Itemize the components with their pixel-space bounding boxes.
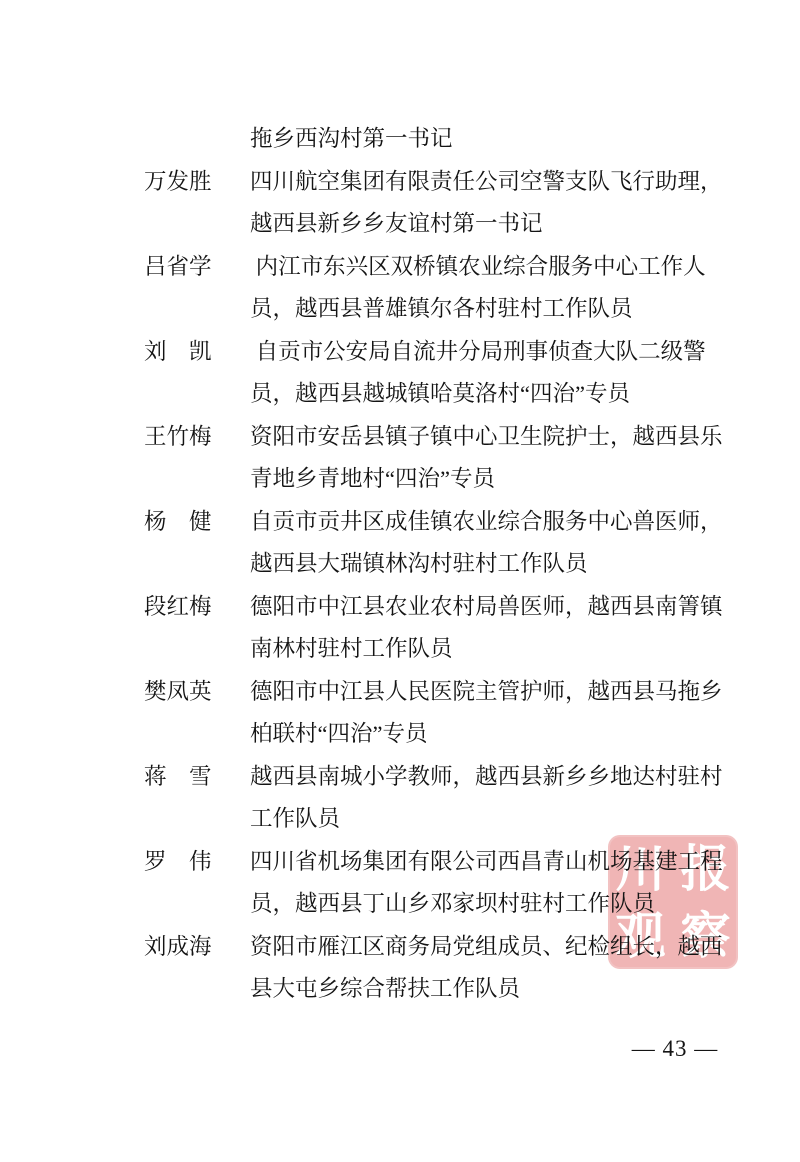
list-item: 万发胜 四川航空集团有限责任公司空警支队飞行助理， 越西县新乡乡友谊村第一书记: [144, 161, 720, 246]
description-line: 德阳市中江县人民医院主管护师，越西县马拖乡: [250, 671, 720, 714]
person-name: 刘成海: [144, 926, 250, 1011]
person-name: 罗 伟: [144, 841, 250, 926]
list-item: 樊凤英 德阳市中江县人民医院主管护师，越西县马拖乡 柏联村“四治”专员: [144, 671, 720, 756]
person-description: 拖乡西沟村第一书记: [250, 118, 720, 161]
description-line: 资阳市雁江区商务局党组成员、纪检组长，越西: [250, 926, 720, 969]
person-description: 内江市东兴区双桥镇农业综合服务中心工作人 员，越西县普雄镇尔各村驻村工作队员: [250, 246, 720, 331]
description-line: 自贡市贡井区成佳镇农业综合服务中心兽医师，: [250, 501, 720, 544]
person-description: 四川省机场集团有限公司西昌青山机场基建工程 员，越西县丁山乡邓家坝村驻村工作队员: [250, 841, 720, 926]
person-description: 资阳市雁江区商务局党组成员、纪检组长，越西 县大屯乡综合帮扶工作队员: [250, 926, 720, 1011]
description-line: 四川航空集团有限责任公司空警支队飞行助理，: [250, 161, 720, 204]
document-page: 川 报 观 察 拖乡西沟村第一书记 万发胜 四川航空集团有限责任公司空警支队飞行…: [0, 0, 800, 1162]
description-line: 德阳市中江县农业农村局兽医师，越西县南箐镇: [250, 586, 720, 629]
list-item: 吕省学 内江市东兴区双桥镇农业综合服务中心工作人 员，越西县普雄镇尔各村驻村工作…: [144, 246, 720, 331]
person-name: 樊凤英: [144, 671, 250, 756]
page-number: — 43 —: [600, 1036, 750, 1062]
person-description: 越西县南城小学教师，越西县新乡乡地达村驻村 工作队员: [250, 756, 720, 841]
person-name: 王竹梅: [144, 416, 250, 501]
person-description: 德阳市中江县人民医院主管护师，越西县马拖乡 柏联村“四治”专员: [250, 671, 720, 756]
list-item: 王竹梅 资阳市安岳县镇子镇中心卫生院护士，越西县乐 青地乡青地村“四治”专员: [144, 416, 720, 501]
person-name: 蒋 雪: [144, 756, 250, 841]
person-description: 德阳市中江县农业农村局兽医师，越西县南箐镇 南林村驻村工作队员: [250, 586, 720, 671]
description-line: 越西县南城小学教师，越西县新乡乡地达村驻村: [250, 756, 720, 799]
description-line: 柏联村“四治”专员: [250, 713, 720, 756]
name-column-spacer: [144, 118, 250, 161]
list-item: 刘 凯 自贡市公安局自流井分局刑事侦查大队二级警 员，越西县越城镇哈莫洛村“四治…: [144, 331, 720, 416]
person-name: 段红梅: [144, 586, 250, 671]
description-line: 员，越西县越城镇哈莫洛村“四治”专员: [250, 373, 720, 416]
description-line: 员，越西县普雄镇尔各村驻村工作队员: [250, 288, 720, 331]
person-name: 万发胜: [144, 161, 250, 246]
description-line: 资阳市安岳县镇子镇中心卫生院护士，越西县乐: [250, 416, 720, 459]
list-item: 蒋 雪 越西县南城小学教师，越西县新乡乡地达村驻村 工作队员: [144, 756, 720, 841]
list-item: 刘成海 资阳市雁江区商务局党组成员、纪检组长，越西 县大屯乡综合帮扶工作队员: [144, 926, 720, 1011]
description-line: 县大屯乡综合帮扶工作队员: [250, 968, 720, 1011]
description-line: 自贡市公安局自流井分局刑事侦查大队二级警: [250, 331, 720, 374]
person-description: 自贡市贡井区成佳镇农业综合服务中心兽医师， 越西县大瑞镇林沟村驻村工作队员: [250, 501, 720, 586]
description-line: 员，越西县丁山乡邓家坝村驻村工作队员: [250, 883, 720, 926]
person-description: 自贡市公安局自流井分局刑事侦查大队二级警 员，越西县越城镇哈莫洛村“四治”专员: [250, 331, 720, 416]
list-item: 罗 伟 四川省机场集团有限公司西昌青山机场基建工程 员，越西县丁山乡邓家坝村驻村…: [144, 841, 720, 926]
name-list: 拖乡西沟村第一书记 万发胜 四川航空集团有限责任公司空警支队飞行助理， 越西县新…: [144, 118, 720, 1011]
person-name: 杨 健: [144, 501, 250, 586]
list-item-continuation: 拖乡西沟村第一书记: [144, 118, 720, 161]
person-description: 资阳市安岳县镇子镇中心卫生院护士，越西县乐 青地乡青地村“四治”专员: [250, 416, 720, 501]
description-line: 拖乡西沟村第一书记: [250, 118, 720, 161]
description-line: 越西县新乡乡友谊村第一书记: [250, 203, 720, 246]
description-line: 四川省机场集团有限公司西昌青山机场基建工程: [250, 841, 720, 884]
list-item: 段红梅 德阳市中江县农业农村局兽医师，越西县南箐镇 南林村驻村工作队员: [144, 586, 720, 671]
person-name: 吕省学: [144, 246, 250, 331]
list-item: 杨 健 自贡市贡井区成佳镇农业综合服务中心兽医师， 越西县大瑞镇林沟村驻村工作队…: [144, 501, 720, 586]
description-line: 青地乡青地村“四治”专员: [250, 458, 720, 501]
description-line: 工作队员: [250, 798, 720, 841]
description-line: 越西县大瑞镇林沟村驻村工作队员: [250, 543, 720, 586]
person-description: 四川航空集团有限责任公司空警支队飞行助理， 越西县新乡乡友谊村第一书记: [250, 161, 720, 246]
description-line: 内江市东兴区双桥镇农业综合服务中心工作人: [250, 246, 720, 289]
person-name: 刘 凯: [144, 331, 250, 416]
description-line: 南林村驻村工作队员: [250, 628, 720, 671]
